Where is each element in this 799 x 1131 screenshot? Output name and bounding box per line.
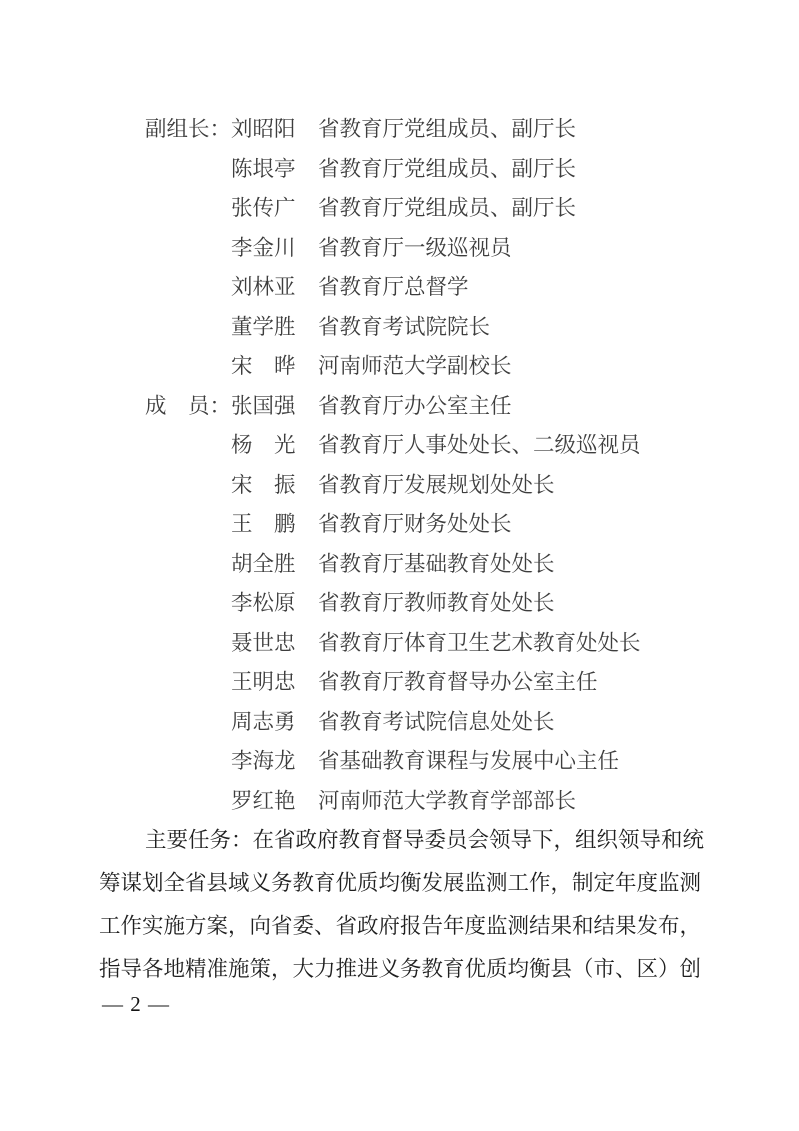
member-name: 张传广 <box>231 191 296 222</box>
member-name: 陈垠亭 <box>231 152 296 183</box>
member-name: 张国强 <box>231 389 296 420</box>
roster-row: 刘林亚 省教育厅总督学 <box>0 266 641 306</box>
roster-row: 王明忠 省教育厅教育督导办公室主任 <box>0 661 641 701</box>
member-title: 省教育厅教育督导办公室主任 <box>318 665 598 696</box>
member-name: 刘昭阳 <box>231 112 296 143</box>
roster-row: 李金川 省教育厅一级巡视员 <box>0 227 641 267</box>
member-title: 河南师范大学教育学部部长 <box>318 784 576 815</box>
roster-row: 胡全胜 省教育厅基础教育处处长 <box>0 543 641 583</box>
member-title: 省教育厅教师教育处处长 <box>318 586 555 617</box>
paragraph-line: 工作实施方案，向省委、省政府报告年度监测结果和结果发布， <box>99 905 739 948</box>
member-name: 胡全胜 <box>231 547 296 578</box>
roster-row: 周志勇 省教育考试院信息处处长 <box>0 701 641 741</box>
member-title: 省教育厅党组成员、副厅长 <box>318 112 576 143</box>
member-name: 聂世忠 <box>231 626 296 657</box>
member-title: 省教育厅党组成员、副厅长 <box>318 191 576 222</box>
roster-row: 副组长： 刘昭阳 省教育厅党组成员、副厅长 <box>0 108 641 148</box>
member-title: 省教育厅党组成员、副厅长 <box>318 152 576 183</box>
member-name: 李海龙 <box>231 744 296 775</box>
member-name: 罗红艳 <box>231 784 296 815</box>
member-name: 王 鹏 <box>231 507 296 538</box>
member-name: 王明忠 <box>231 665 296 696</box>
roster-row: 罗红艳 河南师范大学教育学部部长 <box>0 780 641 820</box>
role-label: 成 员： <box>145 389 231 420</box>
member-title: 省教育考试院院长 <box>318 310 490 341</box>
roster-row: 王 鹏 省教育厅财务处处长 <box>0 503 641 543</box>
member-name: 董学胜 <box>231 310 296 341</box>
member-title: 省教育厅办公室主任 <box>318 389 512 420</box>
member-name: 宋 晔 <box>231 349 296 380</box>
member-title: 河南师范大学副校长 <box>318 349 512 380</box>
member-title: 省教育厅财务处处长 <box>318 507 512 538</box>
member-title: 省基础教育课程与发展中心主任 <box>318 744 619 775</box>
member-name: 周志勇 <box>231 705 296 736</box>
member-name: 杨 光 <box>231 428 296 459</box>
member-title: 省教育考试院信息处处长 <box>318 705 555 736</box>
roster-row: 聂世忠 省教育厅体育卫生艺术教育处处长 <box>0 622 641 662</box>
roster-row: 张传广 省教育厅党组成员、副厅长 <box>0 187 641 227</box>
main-tasks-paragraph: 主要任务：在省政府教育督导委员会领导下，组织领导和统 筹谋划全省县域义务教育优质… <box>99 819 739 991</box>
member-title: 省教育厅总督学 <box>318 270 469 301</box>
member-name: 李金川 <box>231 231 296 262</box>
paragraph-line: 筹谋划全省县域义务教育优质均衡发展监测工作，制定年度监测 <box>99 862 739 905</box>
role-label: 副组长： <box>145 112 231 143</box>
paragraph-line: 指导各地精准施策，大力推进义务教育优质均衡县（市、区）创 <box>99 948 739 991</box>
member-title: 省教育厅基础教育处处长 <box>318 547 555 578</box>
member-name: 宋 振 <box>231 468 296 499</box>
paragraph-line: 主要任务：在省政府教育督导委员会领导下，组织领导和统 <box>99 819 739 862</box>
roster-row: 陈垠亭 省教育厅党组成员、副厅长 <box>0 148 641 188</box>
page-number: — 2 — <box>102 992 170 1017</box>
member-name: 李松原 <box>231 586 296 617</box>
member-title: 省教育厅人事处处长、二级巡视员 <box>318 428 641 459</box>
member-title: 省教育厅体育卫生艺术教育处处长 <box>318 626 641 657</box>
roster-row: 宋 晔 河南师范大学副校长 <box>0 345 641 385</box>
roster-row: 董学胜 省教育考试院院长 <box>0 306 641 346</box>
roster-row: 宋 振 省教育厅发展规划处处长 <box>0 464 641 504</box>
roster-row: 杨 光 省教育厅人事处处长、二级巡视员 <box>0 424 641 464</box>
member-name: 刘林亚 <box>231 270 296 301</box>
roster-row: 李松原 省教育厅教师教育处处长 <box>0 582 641 622</box>
roster-row: 成 员： 张国强 省教育厅办公室主任 <box>0 385 641 425</box>
document-page: 副组长： 刘昭阳 省教育厅党组成员、副厅长 陈垠亭 省教育厅党组成员、副厅长 张… <box>0 0 799 1131</box>
roster-row: 李海龙 省基础教育课程与发展中心主任 <box>0 740 641 780</box>
member-title: 省教育厅发展规划处处长 <box>318 468 555 499</box>
leadership-roster: 副组长： 刘昭阳 省教育厅党组成员、副厅长 陈垠亭 省教育厅党组成员、副厅长 张… <box>0 108 641 819</box>
member-title: 省教育厅一级巡视员 <box>318 231 512 262</box>
